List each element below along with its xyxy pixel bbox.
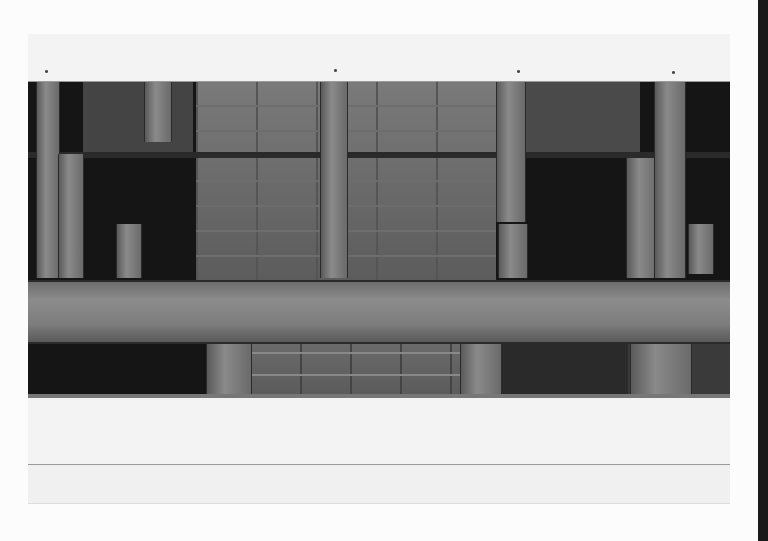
timber-post <box>496 82 526 222</box>
ledge <box>28 152 730 158</box>
exposed-wall <box>28 82 730 398</box>
timber-post <box>58 154 84 278</box>
timber-post <box>320 82 348 278</box>
siding-board-lower-2 <box>28 465 730 504</box>
upper-panel-left <box>83 82 193 152</box>
nail <box>517 70 520 73</box>
siding-board-top <box>28 34 730 82</box>
lower-cavity-left <box>28 344 206 398</box>
siding-board-lower-1 <box>28 398 730 465</box>
nail <box>334 69 337 72</box>
timber-block <box>498 224 528 278</box>
timber-post <box>144 82 172 142</box>
lower-post <box>460 344 502 396</box>
timber-block <box>116 224 142 278</box>
nail <box>672 71 675 74</box>
timber-block <box>688 224 714 274</box>
timber-post <box>36 82 60 278</box>
lower-cavity-right <box>498 344 628 398</box>
lower-brick-infill <box>250 344 460 398</box>
nail <box>45 70 48 73</box>
upper-panel-right <box>525 82 640 152</box>
photo-edge <box>758 0 768 541</box>
lower-post <box>206 344 252 396</box>
horizontal-beam <box>28 280 730 344</box>
lower-post <box>630 344 692 396</box>
timber-post <box>654 82 686 278</box>
